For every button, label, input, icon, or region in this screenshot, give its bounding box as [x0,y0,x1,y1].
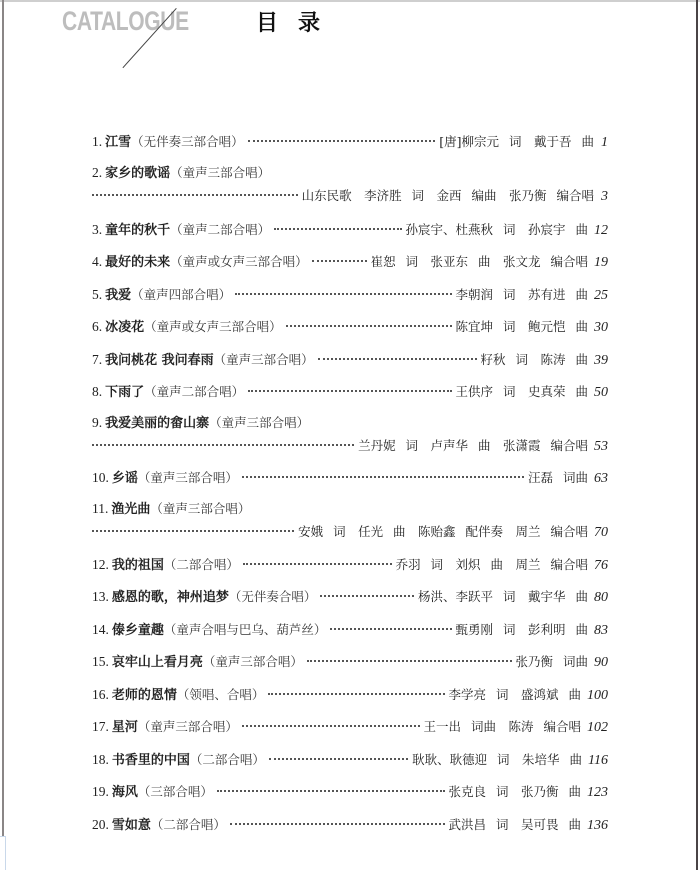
toc-entry-10[interactable]: 10. 乡谣 （童声三部合唱） 汪磊 词曲 63 [92,466,608,489]
page-number: 19 [594,253,608,273]
song-note: （童声三部合唱） [214,350,314,370]
song-title: 最好的未来 [105,253,170,273]
toc-entry-2[interactable]: 2. 家乡的歌谣 （童声三部合唱） 山东民歌 李济胜 词 金西 编曲 张乃衡 编… [92,163,608,207]
page-number: 76 [594,556,608,576]
entry-number: 13. [92,587,109,607]
song-title: 书香里的中国 [112,751,190,771]
entry-number: 18. [92,750,109,770]
toc-entry-9[interactable]: 9. 我爱美丽的畲山寨 （童声三部合唱） 兰丹妮 词 卢声华 曲 张潇霞 编合唱… [92,413,608,457]
leader-dots [248,126,436,142]
toc-entry-16[interactable]: 16. 老师的恩情 （领唱、合唱） 李学亮 词 盛鸿斌 曲 100 [92,683,608,706]
toc-entry-7[interactable]: 7. 我问桃花 我问春雨 （童声三部合唱） 籽秋 词 陈涛 曲 39 [92,348,608,371]
page-number: 70 [594,523,608,543]
entry-number: 5. [92,285,102,305]
song-note: （三部合唱） [138,782,213,802]
leader-dots [92,180,298,196]
page-number: 12 [594,221,608,241]
song-credits: 崔恕 词 张亚东 曲 张文龙 编合唱 [371,252,588,272]
song-credits: 孙宸宇、杜燕秋 词 孙宸宇 曲 [406,220,588,240]
song-credits: [唐]柳宗元 词 戴于吾 曲 [439,132,594,152]
page-number: 50 [594,383,608,403]
page-left-edge [2,0,4,836]
song-note: （童声三部合唱） [138,717,238,737]
leader-dots [217,776,445,792]
page-number: 63 [594,469,608,489]
entry-number: 7. [92,350,102,370]
song-credits: 安娥 词 任光 曲 陈贻鑫 配伴奏 周兰 编合唱 [298,522,588,542]
song-credits: 李学亮 词 盛鸿斌 曲 [449,685,581,705]
page-number: 100 [587,686,608,706]
song-credits: 王供序 词 史真荣 曲 [456,382,588,402]
entry-number: 17. [92,717,109,737]
toc-entry-11[interactable]: 11. 渔光曲 （童声三部合唱） 安娥 词 任光 曲 陈贻鑫 配伴奏 周兰 编合… [92,499,608,543]
entry-number: 19. [92,782,109,802]
song-title: 童年的秋千 [105,221,170,241]
corner-box [0,836,6,870]
page-right-edge [696,0,698,870]
page-number: 102 [587,718,608,738]
leader-dots [242,462,524,478]
song-credits: 耿耿、耿德迎 词 朱培华 曲 [412,750,582,770]
song-title: 我爱 [105,286,131,306]
song-title: 雪如意 [112,816,151,836]
song-credits: 兰丹妮 词 卢声华 曲 张潇霞 编合唱 [358,436,588,456]
song-credits: 汪磊 词曲 [528,468,588,488]
leader-dots [318,344,477,360]
entry-number: 3. [92,220,102,240]
leader-dots [92,516,294,532]
toc-entry-8[interactable]: 8. 下雨了 （童声二部合唱） 王供序 词 史真荣 曲 50 [92,380,608,403]
leader-dots [92,430,354,446]
song-credits: 张克良 词 张乃衡 曲 [449,782,581,802]
page-number: 83 [594,621,608,641]
entry-number: 15. [92,652,109,672]
song-title: 冰凌花 [105,318,144,338]
entry-number: 8. [92,382,102,402]
song-title: 我的祖国 [112,556,164,576]
song-title: 江雪 [105,133,131,153]
page-top-border [0,0,700,2]
toc-entry-5[interactable]: 5. 我爱 （童声四部合唱） 李朝润 词 苏有进 曲 25 [92,283,608,306]
song-note: （无伴奏三部合唱） [131,132,244,152]
song-credits: 王一出 词曲 陈涛 编合唱 [424,717,581,737]
leader-dots [230,809,445,825]
toc-entry-20[interactable]: 20. 雪如意 （二部合唱） 武洪昌 词 吴可畏 曲 136 [92,813,608,836]
song-credits: 李朝润 词 苏有进 曲 [456,285,588,305]
song-credits: 乔羽 词 刘炽 曲 周兰 编合唱 [396,555,588,575]
leader-dots [242,711,420,727]
song-title: 乡谣 [112,469,138,489]
leader-dots [286,311,452,327]
song-credits: 杨洪、李跃平 词 戴宇华 曲 [418,587,588,607]
song-note: （童声二部合唱） [144,382,244,402]
song-title: 老师的恩情 [112,686,177,706]
toc-entry-18[interactable]: 18. 书香里的中国 （二部合唱） 耿耿、耿德迎 词 朱培华 曲 116 [92,748,608,771]
song-credits: 甄勇刚 词 彭利明 曲 [456,620,588,640]
song-note: （领唱、合唱） [177,685,265,705]
song-credits: 陈宜坤 词 鲍元恺 曲 [456,317,588,337]
leader-dots [269,744,408,760]
song-title: 星河 [112,718,138,738]
song-note: （无伴奏合唱） [229,587,317,607]
song-note: （二部合唱） [164,555,239,575]
entry-number: 6. [92,317,102,337]
leader-dots [248,376,451,392]
page-number: 53 [594,437,608,457]
toc-entry-13[interactable]: 13. 感恩的歌，神州追梦 （无伴奏合唱） 杨洪、李跃平 词 戴宇华 曲 80 [92,585,608,608]
page-number: 90 [594,653,608,673]
page-title: 目录 [256,6,340,37]
toc-entry-3[interactable]: 3. 童年的秋千 （童声二部合唱） 孙宸宇、杜燕秋 词 孙宸宇 曲 12 [92,218,608,241]
page-number: 1 [600,133,608,153]
leader-dots [330,614,451,630]
song-title: 哀牢山上看月亮 [112,653,203,673]
leader-dots [307,646,512,662]
page-number: 3 [600,187,608,207]
song-credits: 籽秋 词 陈涛 曲 [481,350,588,370]
page-number: 123 [587,783,608,803]
leader-dots [235,279,451,295]
song-credits: 张乃衡 词曲 [516,652,588,672]
song-note: （童声或女声三部合唱） [170,252,308,272]
entry-number: 16. [92,685,109,705]
toc-entry-12[interactable]: 12. 我的祖国 （二部合唱） 乔羽 词 刘炽 曲 周兰 编合唱 76 [92,553,608,576]
toc-entry-1[interactable]: 1. 江雪 （无伴奏三部合唱） [唐]柳宗元 词 戴于吾 曲 1 [92,130,608,153]
entry-number: 4. [92,252,102,272]
leader-dots [312,246,367,262]
entry-number: 12. [92,555,109,575]
toc-entry-4[interactable]: 4. 最好的未来 （童声或女声三部合唱） 崔恕 词 张亚东 曲 张文龙 编合唱 … [92,250,608,273]
entry-number: 20. [92,815,109,835]
leader-dots [320,581,414,597]
toc-entry-15[interactable]: 15. 哀牢山上看月亮 （童声三部合唱） 张乃衡 词曲 90 [92,650,608,673]
song-credits: 武洪昌 词 吴可畏 曲 [449,815,581,835]
page-number: 116 [588,751,608,771]
song-title: 海风 [112,783,138,803]
song-title: 感恩的歌，神州追梦 [112,588,229,608]
page-number: 80 [594,588,608,608]
catalogue-label: CATALOGUE [62,6,189,37]
song-title: 我问桃花 我问春雨 [105,351,214,371]
leader-dots [274,214,401,230]
page-number: 25 [594,286,608,306]
song-note: （二部合唱） [151,815,226,835]
song-note: （童声四部合唱） [131,285,231,305]
leader-dots [268,679,444,695]
song-title: 傣乡童趣 [112,621,164,641]
toc-entry-17[interactable]: 17. 星河 （童声三部合唱） 王一出 词曲 陈涛 编合唱 102 [92,715,608,738]
leader-dots [243,549,392,565]
song-note: （童声合唱与巴乌、葫芦丝） [164,620,327,640]
page-number: 136 [587,816,608,836]
entry-number: 14. [92,620,109,640]
song-note: （童声三部合唱） [203,652,303,672]
song-title: 下雨了 [105,383,144,403]
song-note: （二部合唱） [190,750,265,770]
page-number: 39 [594,351,608,371]
song-credits: 山东民歌 李济胜 词 金西 编曲 张乃衡 编合唱 [302,186,594,206]
page-number: 30 [594,318,608,338]
song-note: （童声二部合唱） [170,220,270,240]
song-note: （童声或女声三部合唱） [144,317,282,337]
entry-number: 10. [92,468,109,488]
toc-entry-6[interactable]: 6. 冰凌花 （童声或女声三部合唱） 陈宜坤 词 鲍元恺 曲 30 [92,315,608,338]
toc-entry-14[interactable]: 14. 傣乡童趣 （童声合唱与巴乌、葫芦丝） 甄勇刚 词 彭利明 曲 83 [92,618,608,641]
song-note: （童声三部合唱） [138,468,238,488]
entry-number: 1. [92,132,102,152]
toc-entry-19[interactable]: 19. 海风 （三部合唱） 张克良 词 张乃衡 曲 123 [92,780,608,803]
